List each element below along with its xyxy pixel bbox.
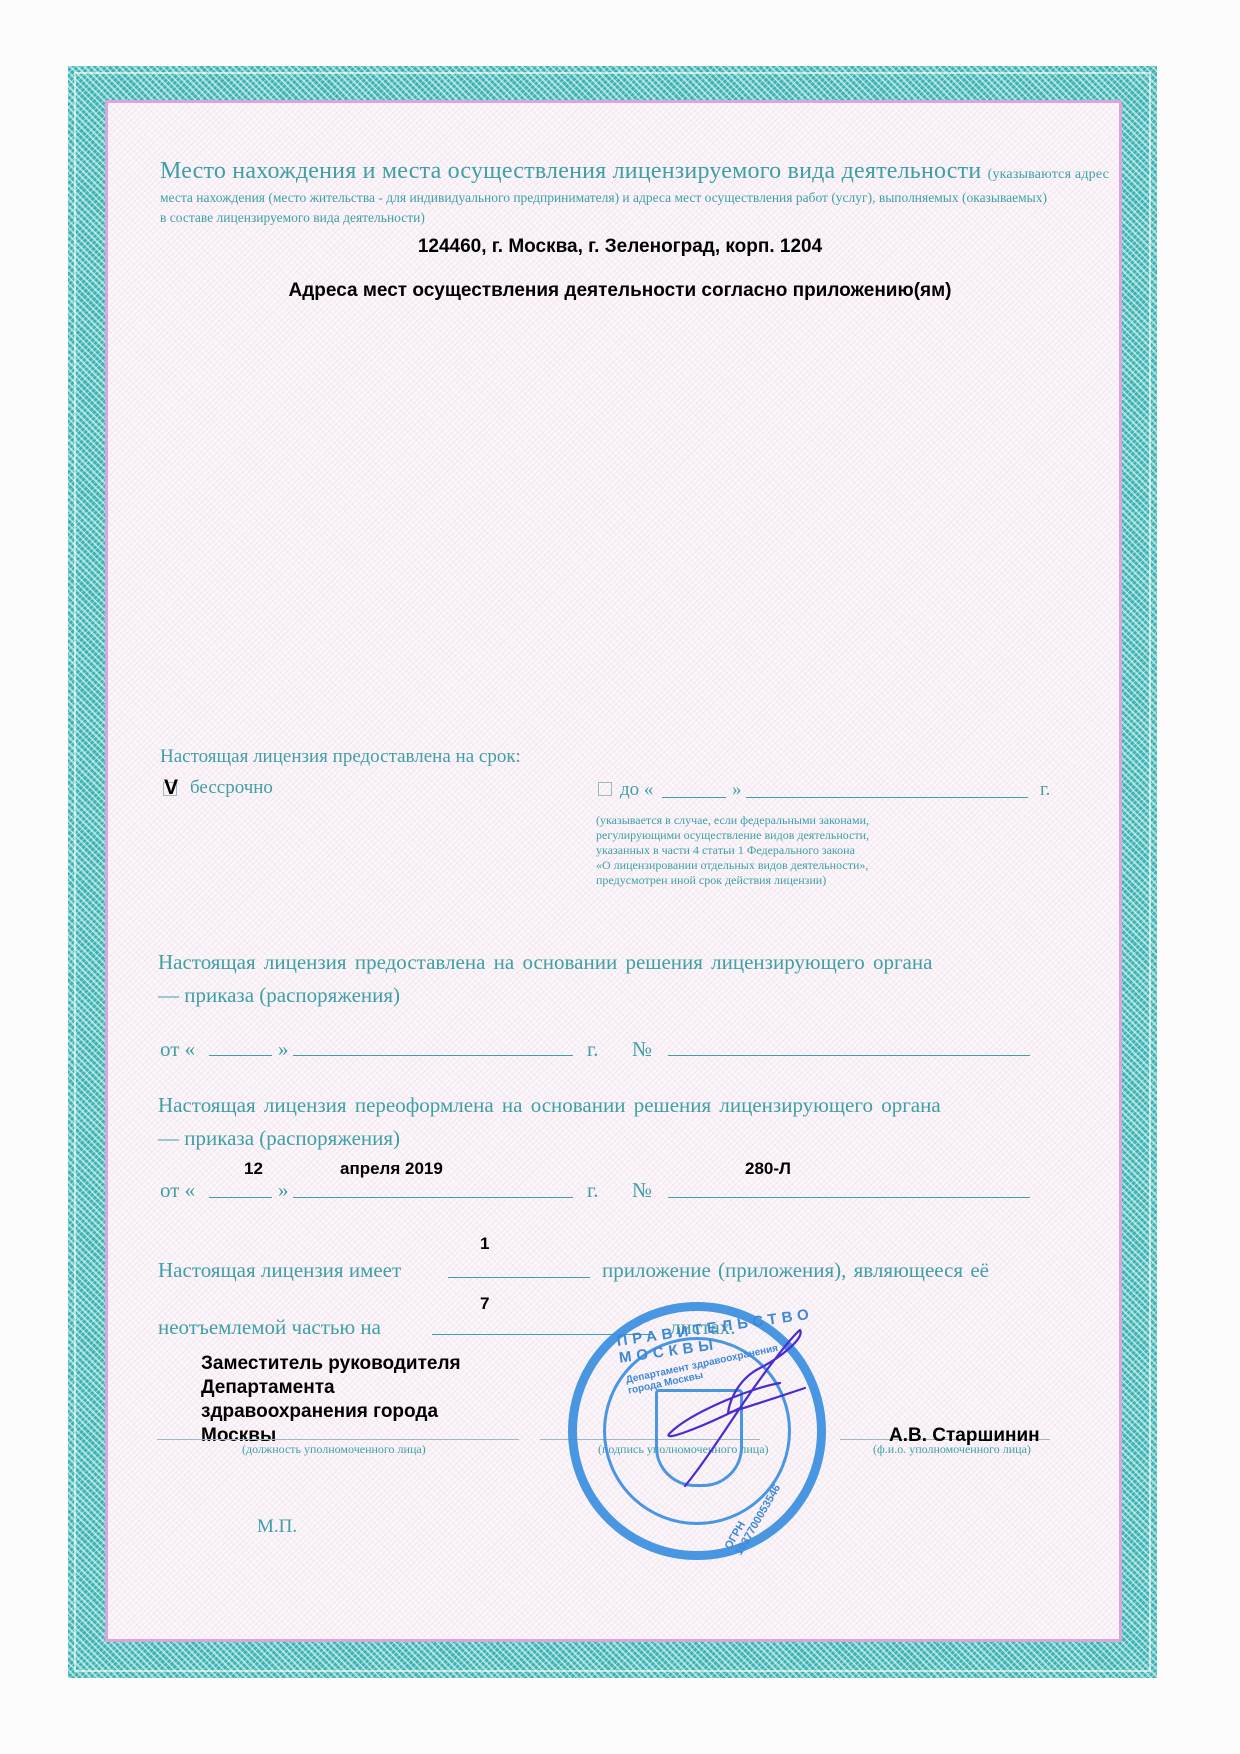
- reissued-number-sign: №: [632, 1178, 652, 1203]
- appendix-count-field[interactable]: [448, 1277, 590, 1278]
- appendix-count-value: 1: [480, 1234, 489, 1254]
- until-year-suffix: г.: [1040, 779, 1050, 801]
- reissued-day-value: 12: [244, 1159, 263, 1179]
- section-note-line-2: места нахождения (место жительства - для…: [160, 190, 1047, 206]
- term-label: Настоящая лицензия предоставлена на срок…: [160, 746, 521, 768]
- unlimited-label: бессрочно: [190, 777, 273, 799]
- reissued-year-suffix: г.: [587, 1178, 599, 1203]
- position-line: [157, 1439, 519, 1440]
- reissued-month-year-field[interactable]: [293, 1197, 573, 1198]
- reissued-day-field[interactable]: [209, 1197, 272, 1198]
- until-prefix: до «: [620, 779, 653, 801]
- reissued-close-quote: »: [278, 1178, 289, 1203]
- granted-basis-line-2: — приказа (распоряжения): [158, 983, 400, 1008]
- reissued-basis-line-2: — приказа (распоряжения): [158, 1126, 400, 1151]
- reissued-month-year-value: апреля 2019: [340, 1159, 443, 1179]
- appendix-prefix: Настоящая лицензия имеет: [158, 1258, 401, 1283]
- reissued-from: от «: [160, 1178, 195, 1203]
- term-note-line: (указывается в случае, если федеральными…: [596, 813, 869, 828]
- handwritten-signature: [640, 1318, 820, 1498]
- granted-from: от «: [160, 1037, 195, 1062]
- appendix-suffix: приложение (приложения), являющееся её: [602, 1258, 989, 1283]
- term-note-line: «О лицензировании отдельных видов деятел…: [596, 858, 869, 873]
- section-note-line-3: в составе лицензируемого вида деятельнос…: [160, 210, 425, 226]
- term-note-line: регулирующими осуществление видов деятел…: [596, 828, 869, 843]
- granted-number-sign: №: [632, 1037, 652, 1062]
- granted-day-field[interactable]: [209, 1055, 272, 1056]
- until-day-field[interactable]: [662, 797, 726, 798]
- signatory-position-line: Заместитель руководителя: [201, 1352, 461, 1376]
- section-title-text: Место нахождения и места осуществления л…: [160, 158, 981, 184]
- term-note-line: указанных в части 4 статьи 1 Федеральног…: [596, 843, 869, 858]
- activity-sites-note: Адреса мест осуществления деятельности с…: [0, 280, 1240, 302]
- license-address: 124460, г. Москва, г. Зеленоград, корп. …: [0, 236, 1240, 258]
- granted-year-suffix: г.: [587, 1037, 599, 1062]
- reissued-number-value: 280-Л: [745, 1159, 791, 1179]
- term-note-line: предусмотрен иной срок действия лицензии…: [596, 873, 869, 888]
- signatory-position-line: здравоохранения города: [201, 1400, 461, 1424]
- until-month-year-field[interactable]: [746, 797, 1028, 798]
- sheets-prefix: неотъемлемой частью на: [158, 1315, 381, 1340]
- name-caption: (ф.и.о. уполномоченного лица): [873, 1442, 1031, 1457]
- until-date-checkbox[interactable]: [598, 782, 612, 796]
- granted-month-year-field[interactable]: [293, 1055, 573, 1056]
- granted-basis-line-1: Настоящая лицензия предоставлена на осно…: [158, 950, 932, 975]
- section-title-note: (указываются адрес: [988, 167, 1109, 182]
- signatory-position-line: Департамента: [201, 1376, 461, 1400]
- position-caption: (должность уполномоченного лица): [242, 1442, 426, 1457]
- granted-close-quote: »: [278, 1037, 289, 1062]
- reissued-number-field[interactable]: [668, 1197, 1030, 1198]
- signatory-position: Заместитель руководителя Департамента зд…: [201, 1352, 461, 1448]
- until-mid: »: [732, 779, 742, 801]
- granted-number-field[interactable]: [668, 1055, 1030, 1056]
- seal-place-label: М.П.: [257, 1516, 297, 1538]
- term-note: (указывается в случае, если федеральными…: [596, 813, 869, 888]
- sheets-count-value: 7: [480, 1294, 489, 1314]
- checkmark-icon: V: [164, 776, 178, 800]
- reissued-basis-line-1: Настоящая лицензия переоформлена на осно…: [158, 1093, 941, 1118]
- section-title: Место нахождения и места осуществления л…: [160, 158, 1109, 185]
